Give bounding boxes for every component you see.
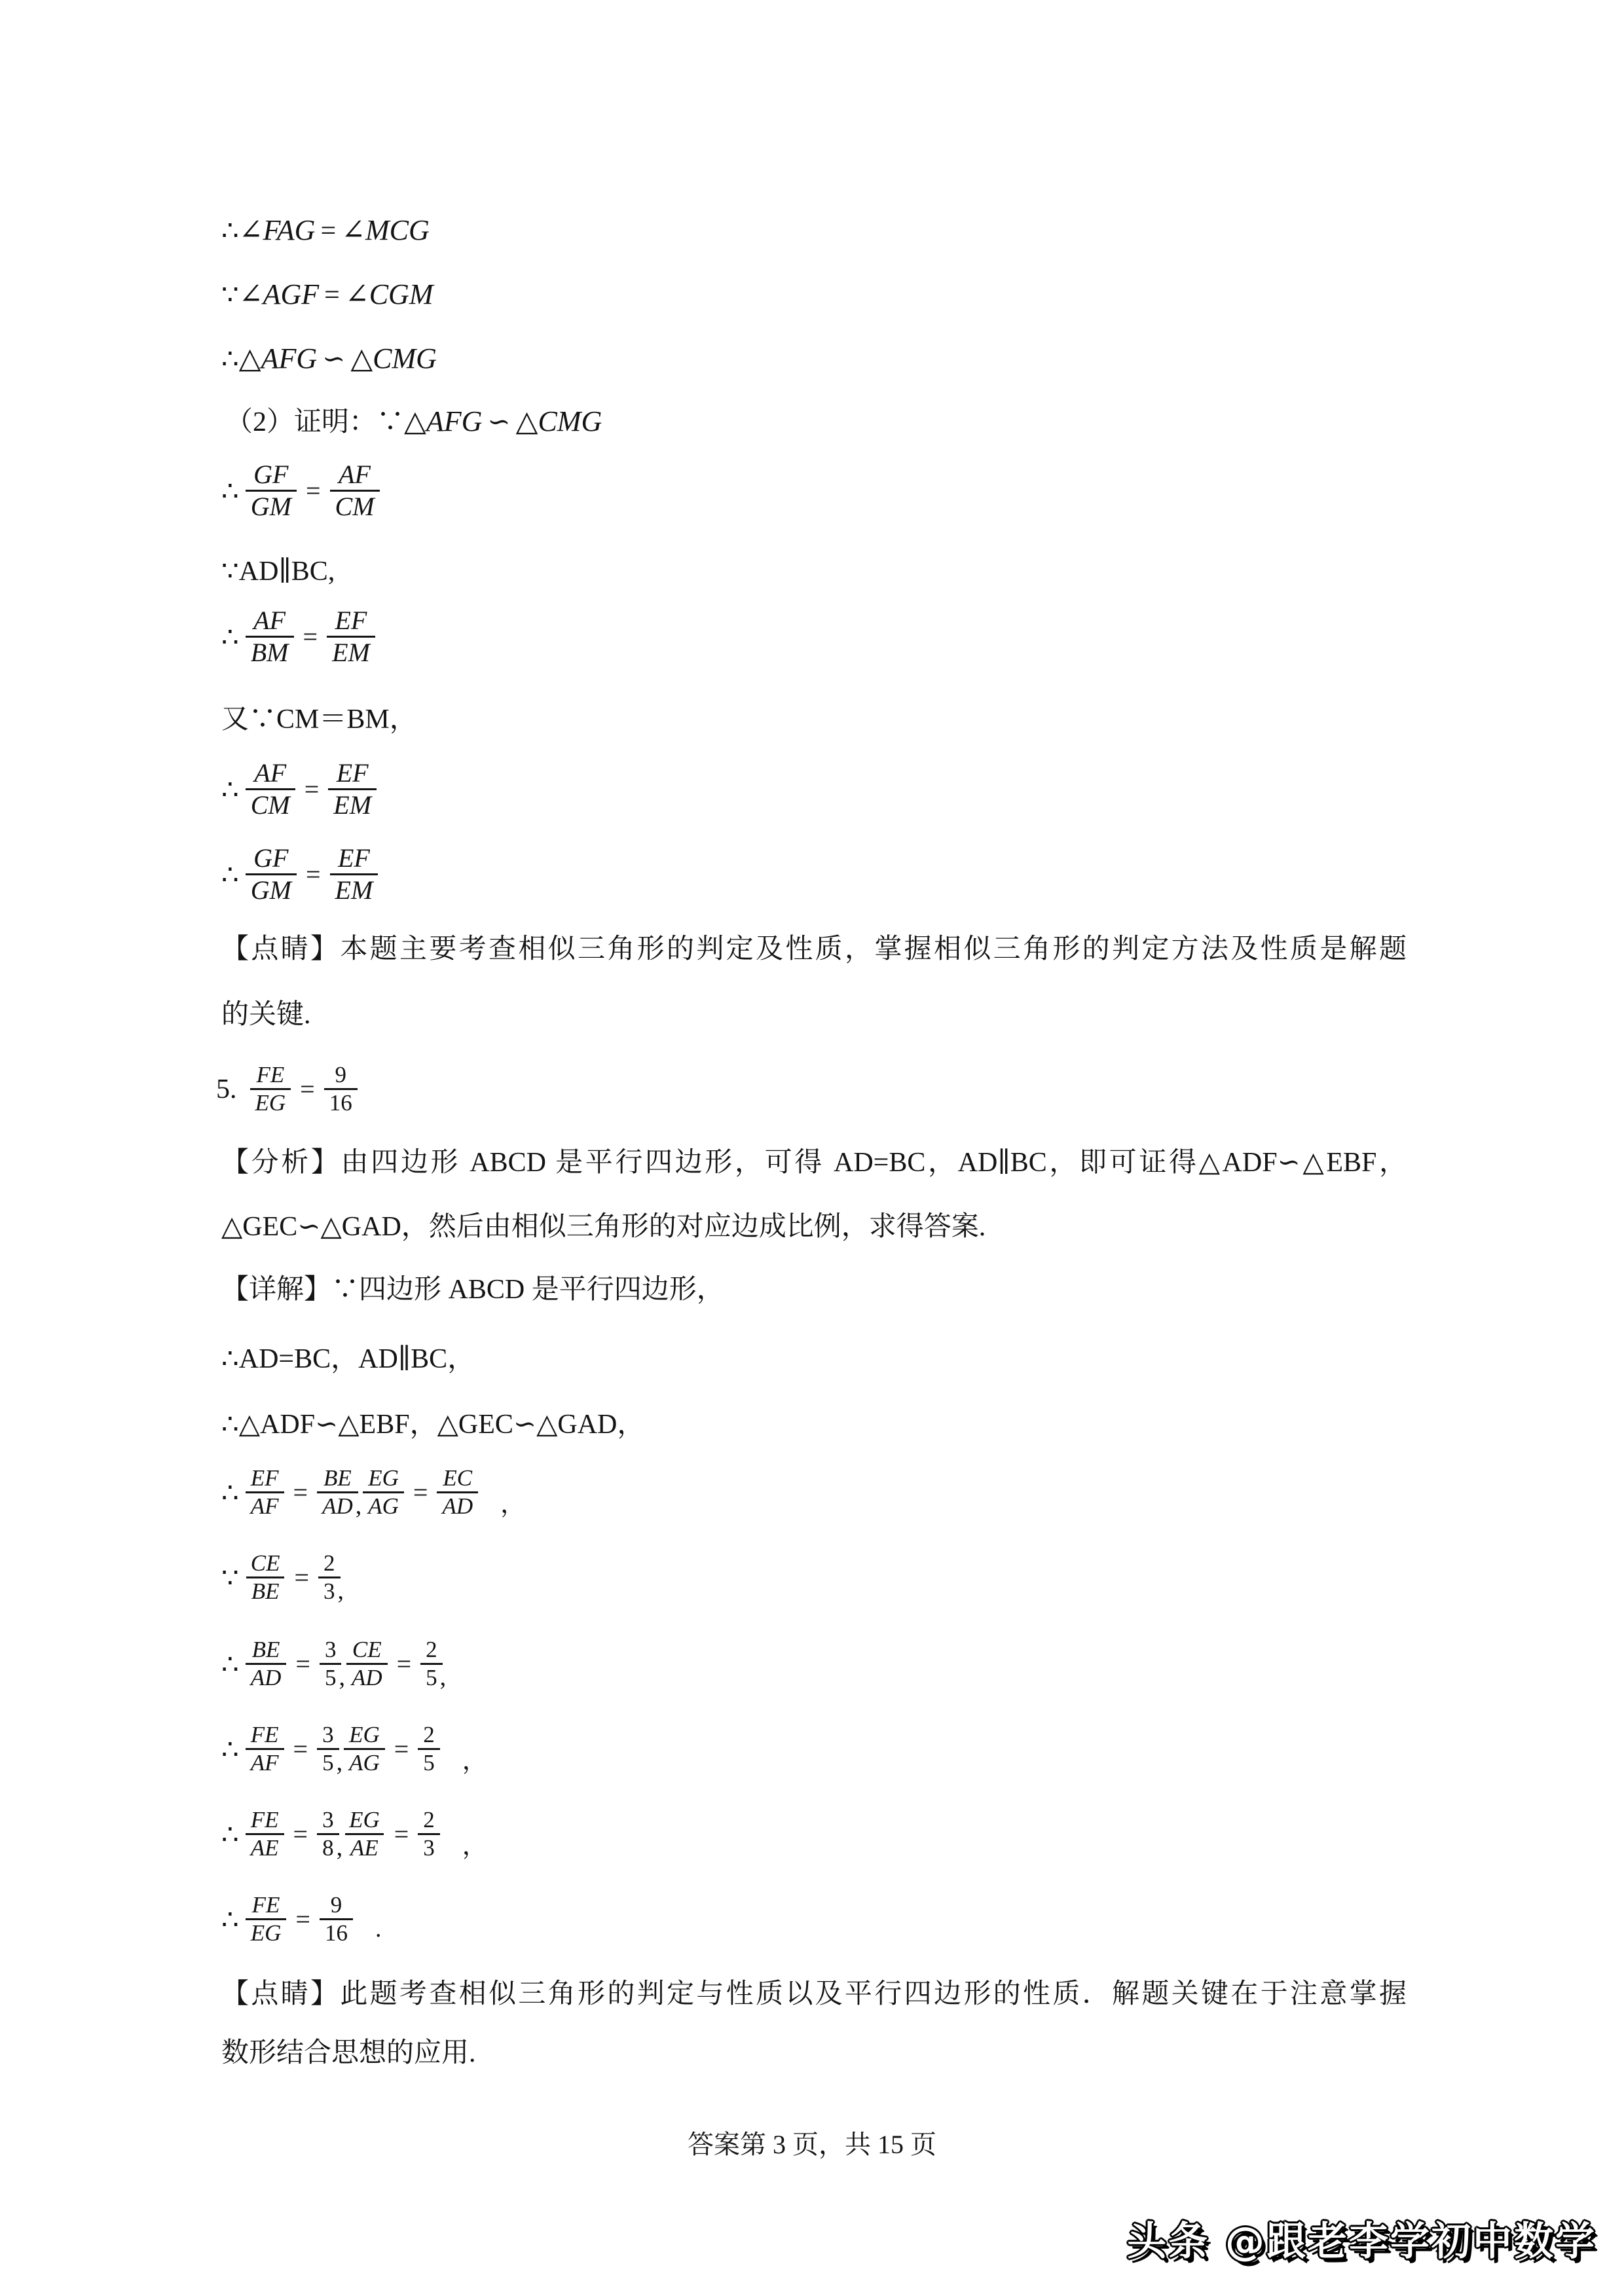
text-run: 又 — [221, 704, 249, 735]
fraction-denominator: GM — [246, 873, 297, 905]
because-symbol: ∵ — [221, 556, 239, 587]
math-line: ∴GFGM=EFEM — [221, 843, 378, 905]
therefore-symbol: ∴ — [221, 621, 239, 653]
fraction: 23 — [318, 1550, 341, 1605]
watermark: 头条 @跟老李学初中数学 — [1127, 2210, 1596, 2267]
because-symbol: ∵ — [221, 1561, 239, 1594]
fraction-denominator: EG — [246, 1918, 287, 1946]
fraction-numerator: FE — [246, 1722, 284, 1748]
fraction: 35 — [317, 1722, 339, 1777]
fraction-numerator: EG — [344, 1722, 385, 1748]
math-line: 5.FEEG=916 — [216, 1062, 358, 1117]
punctuation: , — [356, 1491, 362, 1520]
math-line: ∴FEAE=38,EGAE=23， — [221, 1807, 487, 1862]
equals-sign: = — [304, 774, 320, 805]
equals-sign: = — [394, 1734, 409, 1764]
text-line: 【点睛】此题考查相似三角形的判定与性质以及平行四边形的性质．解题关键在于注意掌握 — [221, 1978, 1407, 2011]
fraction: BEAD — [246, 1637, 287, 1692]
text-line: ∴△AFG∽△CMG — [221, 342, 437, 376]
fraction-numerator: AF — [333, 460, 376, 490]
equals-sign: = — [293, 1477, 308, 1508]
fraction-denominator: 3 — [418, 1833, 440, 1861]
punctuation: , — [337, 1833, 343, 1862]
equals-sign: = — [293, 1734, 308, 1764]
therefore-symbol: ∴ — [221, 1344, 239, 1374]
fraction-denominator: AD — [317, 1491, 358, 1520]
text-run: △GEC∽△GAD，然后由相似三角形的对应边成比例，求得答案. — [221, 1212, 986, 1242]
fraction-denominator: AE — [246, 1833, 284, 1861]
fraction-denominator: BM — [246, 636, 294, 668]
text-line: ∴△ADF∽△EBF，△GEC∽△GAD， — [221, 1409, 644, 1442]
fraction-denominator: AF — [246, 1748, 284, 1776]
punctuation: , — [339, 1663, 345, 1692]
fraction-numerator: EG — [363, 1465, 404, 1491]
fraction: 25 — [418, 1722, 440, 1777]
equals-sign: = — [294, 1562, 309, 1593]
math-line: ∴EFAF=BEAD,EGAG=ECAD， — [221, 1465, 525, 1520]
equals-sign: = — [300, 1074, 315, 1104]
fraction: AFBM — [246, 606, 294, 668]
therefore-symbol: ∴ — [221, 344, 239, 374]
text-run: 四边形 ABCD 是平行四边形， — [359, 1275, 724, 1305]
fraction-denominator: 5 — [420, 1663, 443, 1691]
fraction-numerator: 3 — [320, 1637, 342, 1663]
therefore-symbol: ∴ — [221, 216, 239, 246]
fraction-denominator: EM — [328, 788, 377, 820]
equals-sign: = — [320, 216, 336, 246]
fraction-numerator: 3 — [317, 1807, 339, 1833]
fraction: 25 — [420, 1637, 443, 1692]
fraction-numerator: BE — [318, 1465, 357, 1491]
because-symbol: ∵ — [221, 280, 239, 310]
therefore-symbol: ∴ — [221, 1410, 239, 1440]
text-line: △GEC∽△GAD，然后由相似三角形的对应边成比例，求得答案. — [221, 1211, 986, 1244]
punctuation: ， — [462, 1825, 487, 1861]
fraction: FEEG — [250, 1062, 291, 1117]
fraction-numerator: FE — [247, 1892, 286, 1918]
because-symbol: ∵ — [249, 704, 276, 735]
math-line: ∴FEAF=35,EGAG=25， — [221, 1722, 487, 1777]
fraction: EGAG — [363, 1465, 404, 1520]
punctuation: ， — [500, 1484, 525, 1520]
equals-sign: = — [394, 1819, 409, 1850]
equals-sign: = — [324, 280, 340, 310]
text-run: 【分析】由四边形 ABCD 是平行四边形，可得 AD=BC，AD∥BC，即可证得… — [221, 1148, 1407, 1178]
fraction-numerator: EC — [437, 1465, 477, 1491]
fraction-denominator: 5 — [317, 1748, 339, 1776]
punctuation: , — [337, 1748, 343, 1777]
fraction: FEEG — [246, 1892, 287, 1947]
fraction-denominator: AD — [346, 1663, 388, 1691]
text-run: 【点睛】此题考查相似三角形的判定与性质以及平行四边形的性质．解题关键在于注意掌握 — [221, 1979, 1407, 2009]
punctuation: , — [440, 1663, 447, 1692]
text-run: △ADF∽△EBF，△GEC∽△GAD， — [239, 1410, 645, 1440]
fraction-denominator: EG — [250, 1088, 291, 1116]
fraction-numerator: AF — [248, 606, 291, 636]
fraction-numerator: 2 — [418, 1807, 440, 1833]
fraction: 916 — [324, 1062, 358, 1117]
therefore-symbol: ∴ — [221, 1476, 239, 1509]
fraction-numerator: 2 — [418, 1722, 440, 1748]
fraction-numerator: EF — [246, 1465, 284, 1491]
text-run: 的关键. — [221, 1000, 311, 1030]
math-line: ∴GFGM=AFCM — [221, 460, 380, 522]
fraction: EGAE — [344, 1807, 385, 1862]
math-expression: △CMG — [350, 342, 437, 374]
fraction-numerator: 9 — [329, 1062, 352, 1088]
math-expression: ∠AGF — [239, 278, 319, 310]
fraction: AFCM — [246, 758, 295, 820]
math-expression: △AFG — [239, 342, 317, 374]
math-expression: ∠FAG — [239, 214, 316, 246]
therefore-symbol: ∴ — [221, 1648, 239, 1681]
fraction-denominator: BE — [246, 1576, 285, 1605]
therefore-symbol: ∴ — [221, 773, 239, 806]
fraction: EGAG — [344, 1722, 385, 1777]
fraction-numerator: EF — [333, 843, 375, 873]
fraction-denominator: 16 — [320, 1918, 353, 1946]
fraction-numerator: CE — [347, 1637, 387, 1663]
because-symbol: ∵ — [377, 407, 404, 437]
fraction-numerator: BE — [247, 1637, 286, 1663]
math-line: ∴AFBM=EFEM — [221, 606, 375, 668]
fraction-numerator: EG — [344, 1807, 385, 1833]
text-run: AD=BC，AD∥BC， — [239, 1344, 475, 1374]
equals-sign: = — [303, 621, 318, 652]
fraction: BEAD — [317, 1465, 358, 1520]
equals-sign: = — [306, 475, 321, 506]
fraction-numerator: EF — [331, 758, 374, 788]
fraction-denominator: 5 — [320, 1663, 342, 1691]
math-line: ∴AFCM=EFEM — [221, 758, 377, 820]
text-run: 【点睛】本题主要考查相似三角形的判定及性质，掌握相似三角形的判定方法及性质是解题 — [221, 934, 1407, 964]
math-expression: ∠MCG — [341, 214, 430, 246]
fraction-denominator: CM — [330, 490, 380, 522]
document-page: ∴∠FAG=∠MCG∵∠AGF=∠CGM∴△AFG∽△CMG（2）证明：∵△AF… — [0, 0, 1624, 2296]
fraction-numerator: 9 — [325, 1892, 348, 1918]
fraction: 916 — [320, 1892, 353, 1947]
equals-sign: = — [293, 1819, 308, 1850]
fraction-numerator: GF — [248, 460, 293, 490]
similar-sign: ∽ — [322, 344, 345, 374]
text-line: 的关键. — [221, 999, 311, 1032]
text-line: 【分析】由四边形 ABCD 是平行四边形，可得 AD=BC，AD∥BC，即可证得… — [221, 1147, 1407, 1180]
equals-sign: = — [397, 1649, 412, 1679]
similar-sign: ∽ — [487, 407, 510, 437]
text-run: 5. — [216, 1074, 237, 1105]
fraction-numerator: AF — [249, 758, 291, 788]
text-line: 【点睛】本题主要考查相似三角形的判定及性质，掌握相似三角形的判定方法及性质是解题 — [221, 934, 1407, 966]
fraction-denominator: 5 — [418, 1748, 440, 1776]
fraction: EFEM — [327, 606, 375, 668]
fraction: AFCM — [330, 460, 380, 522]
fraction: CEBE — [246, 1550, 286, 1605]
text-line: 数形结合思想的应用. — [221, 2037, 476, 2070]
therefore-symbol: ∴ — [221, 1733, 239, 1766]
text-line: ∵AD∥BC, — [221, 556, 335, 589]
fraction-denominator: AF — [246, 1491, 284, 1520]
fraction-numerator: GF — [248, 843, 293, 873]
therefore-symbol: ∴ — [221, 1818, 239, 1851]
fraction-denominator: EM — [330, 873, 378, 905]
fraction-numerator: FE — [246, 1807, 284, 1833]
fraction: EFEM — [330, 843, 378, 905]
fraction-numerator: 2 — [318, 1550, 341, 1576]
text-run: 数形结合思想的应用. — [221, 2038, 476, 2068]
text-run: 【详解】 — [221, 1275, 331, 1305]
fraction-denominator: 16 — [324, 1088, 358, 1116]
math-line: ∴BEAD=35,CEAD=25, — [221, 1637, 447, 1692]
text-line: ∴AD=BC，AD∥BC， — [221, 1343, 475, 1376]
therefore-symbol: ∴ — [221, 858, 239, 891]
equals-sign: = — [306, 859, 321, 890]
fraction-denominator: AD — [246, 1663, 287, 1691]
punctuation: . — [375, 1914, 382, 1943]
fraction-denominator: CM — [246, 788, 295, 820]
fraction-numerator: FE — [251, 1062, 289, 1088]
fraction-denominator: AE — [345, 1833, 384, 1861]
equals-sign: = — [413, 1477, 428, 1508]
math-line: ∵CEBE=23, — [221, 1550, 345, 1605]
fraction: FEAE — [246, 1807, 284, 1862]
fraction: GFGM — [246, 843, 297, 905]
fraction-denominator: GM — [246, 490, 297, 522]
fraction-denominator: EM — [327, 636, 375, 668]
fraction-denominator: AG — [344, 1748, 385, 1776]
text-line: 又∵CM＝BM， — [221, 704, 417, 737]
fraction-numerator: 2 — [420, 1637, 443, 1663]
math-expression: ∠CGM — [345, 278, 434, 310]
fraction: FEAF — [246, 1722, 284, 1777]
text-line: （2）证明：∵△AFG∽△CMG — [225, 405, 602, 439]
fraction-denominator: AD — [437, 1491, 478, 1520]
fraction-denominator: 3 — [318, 1576, 341, 1605]
fraction: 38 — [317, 1807, 339, 1862]
text-run: （2）证明： — [225, 407, 377, 437]
equals-sign: = — [295, 1649, 310, 1679]
fraction: EFEM — [328, 758, 377, 820]
text-run: AD∥BC, — [239, 556, 335, 587]
punctuation: ， — [462, 1740, 487, 1776]
therefore-symbol: ∴ — [221, 1903, 239, 1936]
text-run: CM＝BM， — [276, 704, 417, 735]
fraction: GFGM — [246, 460, 297, 522]
math-line: ∴FEEG=916. — [221, 1892, 381, 1947]
fraction-denominator: 8 — [317, 1833, 339, 1861]
math-expression: △AFG — [404, 405, 482, 437]
page-footer: 答案第 3 页，共 15 页 — [0, 2124, 1624, 2161]
equals-sign: = — [295, 1904, 310, 1935]
therefore-symbol: ∴ — [221, 475, 239, 507]
fraction: ECAD — [437, 1465, 478, 1520]
math-expression: △CMG — [516, 405, 602, 437]
fraction: 23 — [418, 1807, 440, 1862]
text-line: ∴∠FAG=∠MCG — [221, 213, 430, 248]
punctuation: , — [338, 1576, 344, 1605]
fraction: EFAF — [246, 1465, 284, 1520]
fraction-numerator: CE — [246, 1550, 286, 1576]
fraction-numerator: EF — [330, 606, 373, 636]
fraction-numerator: 3 — [317, 1722, 339, 1748]
fraction-denominator: AG — [363, 1491, 404, 1520]
fraction: 35 — [320, 1637, 342, 1692]
because-symbol: ∵ — [331, 1275, 359, 1305]
text-line: ∵∠AGF=∠CGM — [221, 278, 433, 312]
fraction: CEAD — [346, 1637, 388, 1692]
text-line: 【详解】∵四边形 ABCD 是平行四边形， — [221, 1274, 724, 1307]
